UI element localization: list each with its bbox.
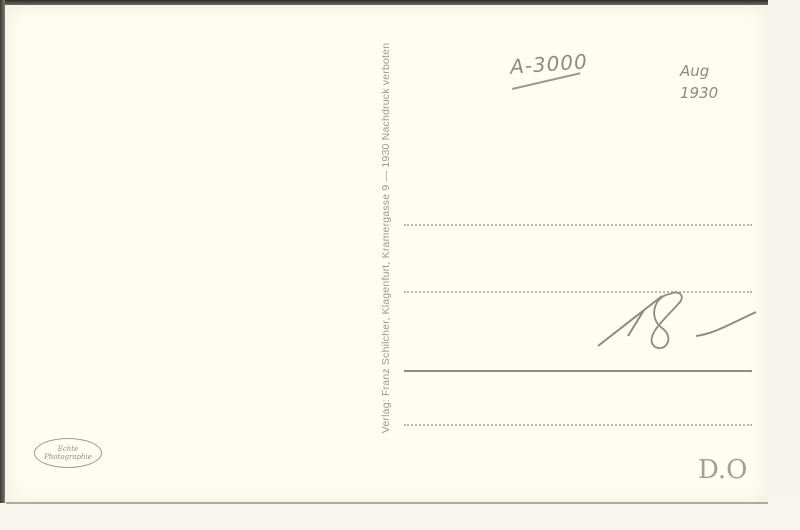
photo-stamp-icon: Echte Photographie <box>34 438 102 468</box>
scan-edge-top <box>0 0 800 5</box>
address-line-1 <box>404 224 752 226</box>
scan-edge-left <box>0 0 5 530</box>
address-line-3 <box>404 370 752 372</box>
stamp-line-2: Photographie <box>44 453 92 461</box>
handwritten-date-month: Aug <box>680 60 718 82</box>
handwritten-initials: D.O <box>698 455 748 485</box>
scan-margin-right <box>768 0 800 530</box>
address-line-4 <box>404 424 752 426</box>
scan-margin-bottom <box>0 503 800 530</box>
postcard-bottom-edge <box>6 502 768 504</box>
stamp-line-1: Echte <box>44 445 92 453</box>
handwritten-date-year: 1930 <box>680 82 718 104</box>
handwritten-date: Aug 1930 <box>680 60 718 104</box>
publisher-imprint: Verlag: Franz Schilcher, Klagenfurt, Kra… <box>380 43 392 433</box>
signature-icon <box>592 288 762 358</box>
